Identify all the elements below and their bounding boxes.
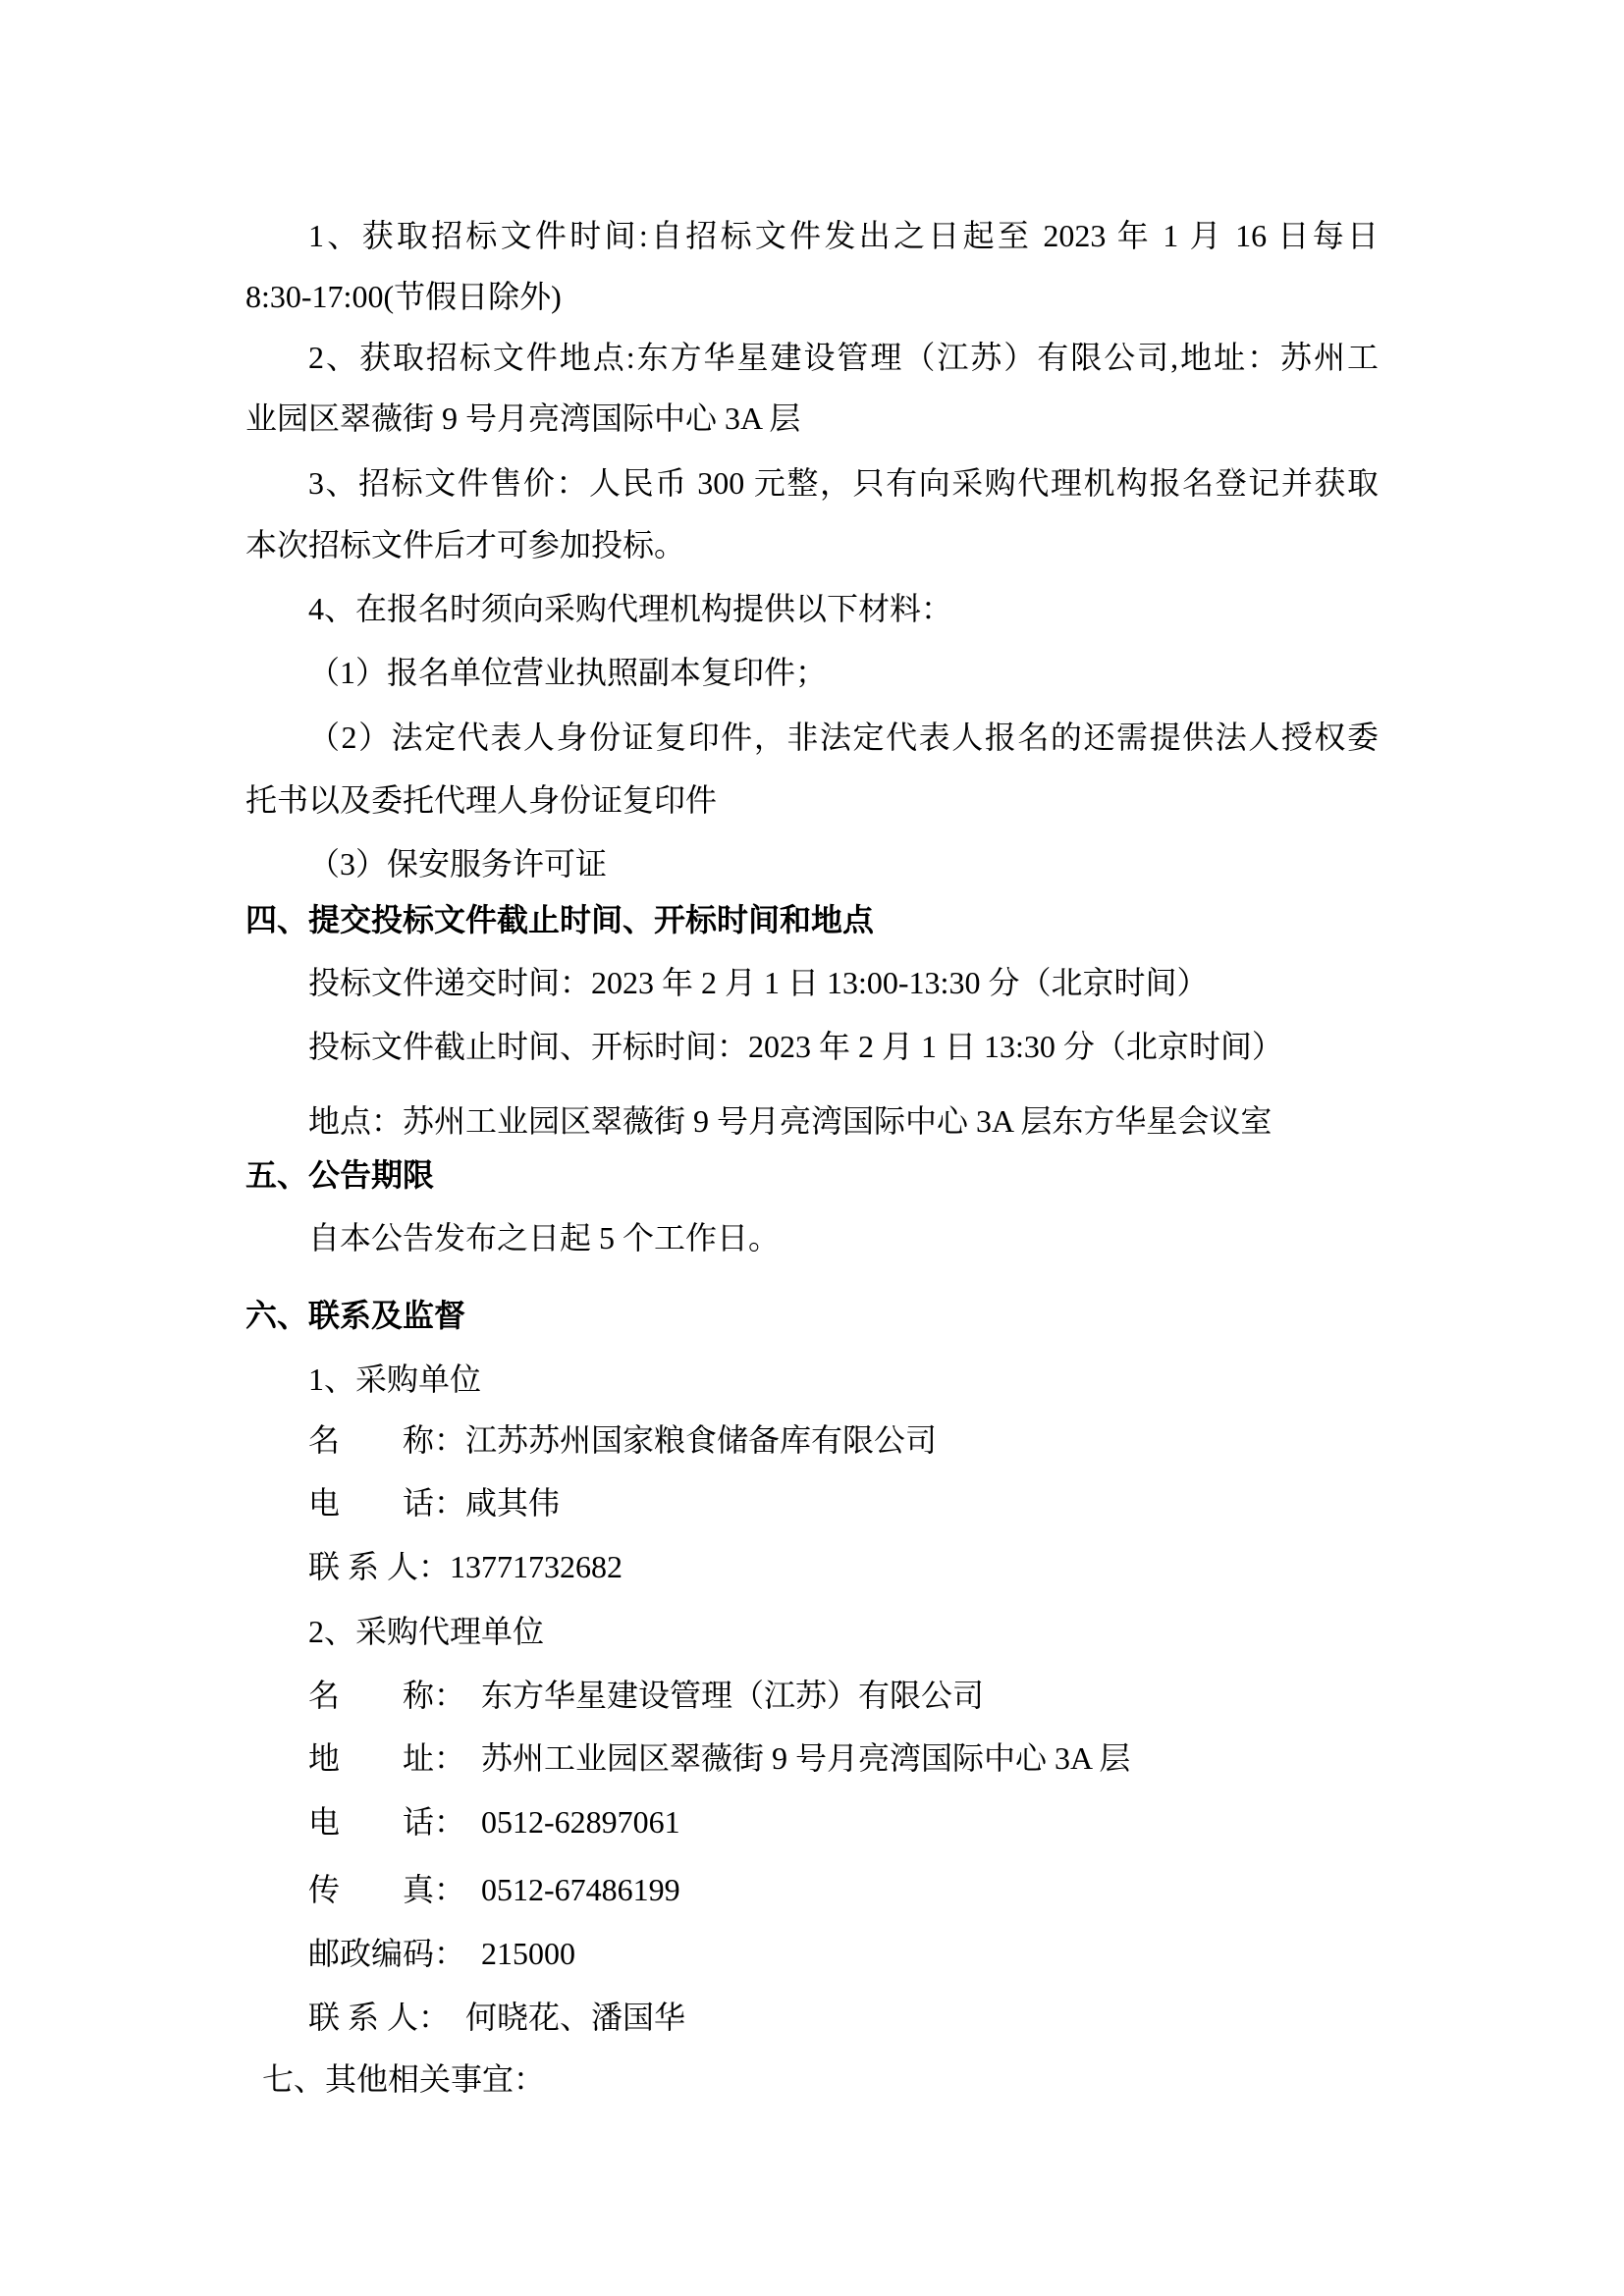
- heading-section-5: 五、公告期限: [245, 1145, 434, 1206]
- purchaser-title: 1、采购单位: [245, 1349, 481, 1411]
- agent-phone: 电 话： 0512-62897061: [245, 1791, 680, 1853]
- bid-opening-place: 地点：苏州工业园区翠薇街 9 号月亮湾国际中心 3A 层东方华星会议室: [245, 1091, 1272, 1152]
- material-item-2-line1: （2）法定代表人身份证复印件，非法定代表人报名的还需提供法人授权委: [245, 707, 1379, 769]
- agent-postcode: 邮政编码： 215000: [245, 1923, 575, 1985]
- purchaser-phone: 电 话：咸其伟: [245, 1472, 560, 1534]
- materials-intro: 4、在报名时须向采购代理机构提供以下材料：: [245, 578, 952, 640]
- material-item-2-line2: 托书以及委托代理人身份证复印件: [245, 770, 717, 831]
- doc-price-line2: 本次招标文件后才可参加投标。: [245, 514, 685, 576]
- purchaser-contact: 联 系 人：13771732682: [245, 1536, 623, 1598]
- agent-contact: 联 系 人： 何晓花、潘国华: [245, 1987, 685, 2049]
- doc-price-line1: 3、招标文件售价：人民币 300 元整，只有向采购代理机构报名登记并获取: [245, 453, 1379, 514]
- heading-section-4: 四、提交投标文件截止时间、开标时间和地点: [245, 889, 874, 951]
- obtain-place-line1: 2、获取招标文件地点:东方华星建设管理（江苏）有限公司,地址：苏州工: [245, 327, 1379, 389]
- obtain-time-line2: 8:30-17:00(节假日除外): [245, 266, 562, 328]
- material-item-3: （3）保安服务许可证: [245, 833, 607, 895]
- agent-fax: 传 真： 0512-67486199: [245, 1859, 680, 1921]
- heading-section-6: 六、联系及监督: [245, 1285, 465, 1347]
- document-page: 1、获取招标文件时间:自招标文件发出之日起至 2023 年 1 月 16 日每日…: [0, 0, 1624, 2296]
- bid-deadline-open-time: 投标文件截止时间、开标时间：2023 年 2 月 1 日 13:30 分（北京时…: [245, 1016, 1283, 1078]
- agent-address: 地 址： 苏州工业园区翠薇街 9 号月亮湾国际中心 3A 层: [245, 1728, 1130, 1789]
- material-item-1: （1）报名单位营业执照副本复印件；: [245, 642, 827, 704]
- bid-submission-time: 投标文件递交时间：2023 年 2 月 1 日 13:00-13:30 分（北京…: [245, 952, 1208, 1014]
- purchaser-name: 名 称：江苏苏州国家粮食储备库有限公司: [245, 1410, 937, 1471]
- obtain-time-line1: 1、获取招标文件时间:自招标文件发出之日起至 2023 年 1 月 16 日每日: [245, 205, 1379, 267]
- obtain-place-line2: 业园区翠薇街 9 号月亮湾国际中心 3A 层: [245, 388, 800, 450]
- heading-section-7: 七、其他相关事宜：: [245, 2049, 545, 2110]
- agent-name: 名 称： 东方华星建设管理（江苏）有限公司: [245, 1665, 984, 1727]
- agent-title: 2、采购代理单位: [245, 1601, 544, 1663]
- announcement-period: 自本公告发布之日起 5 个工作日。: [245, 1207, 780, 1269]
